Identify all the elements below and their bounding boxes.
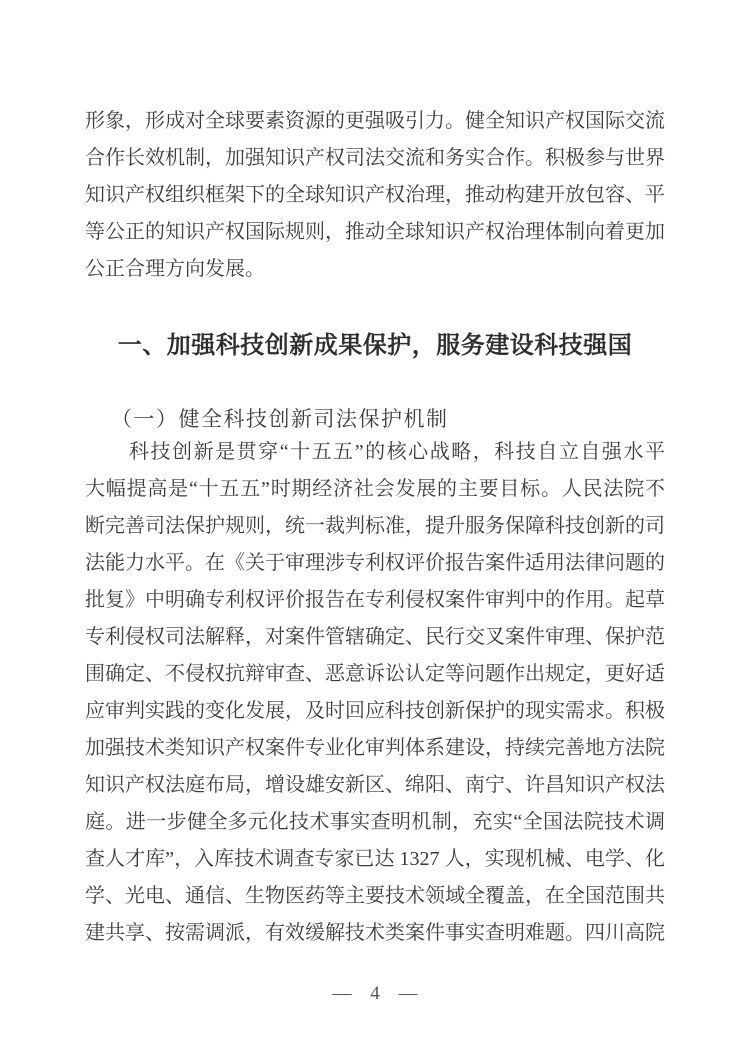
document-line: 建共享、按需调派，有效缓解技术类案件事实查明难题。四川高院 [85,915,665,952]
intro-paragraph: 形象，形成对全球要素资源的更强吸引力。健全知识产权国际交流 合作长效机制，加强知… [85,103,665,288]
document-line: 查人才库”，入库技术调查专家已达 1327 人，实现机械、电学、化 [85,841,665,878]
document-line: 应审判实践的变化发展，及时回应科技创新保护的现实需求。积极 [85,693,665,730]
document-line: 专利侵权司法解释，对案件管辖确定、民行交叉案件审理、保护范 [85,619,665,656]
document-line: 科技创新是贯穿“十五五”的核心战略，科技自立自强水平 [85,434,665,471]
document-line: 批复》中明确专利权评价报告在专利侵权案件审判中的作用。起草 [85,582,665,619]
document-line: 围确定、不侵权抗辩审查、恶意诉讼认定等问题作出规定，更好适 [85,656,665,693]
page-number: — 4 — [0,980,750,1008]
section-heading: 一、加强科技创新成果保护，服务建设科技强国 [0,327,750,364]
document-line: 等公正的知识产权国际规则，推动全球知识产权治理体制向着更加 [85,214,665,251]
document-line: 断完善司法保护规则，统一裁判标准，提升服务保障科技创新的司 [85,508,665,545]
document-line: 学、光电、通信、生物医药等主要技术领域全覆盖，在全国范围共 [85,878,665,915]
subsection-heading: （一）健全科技创新司法保护机制 [85,401,691,438]
document-line: 合作长效机制，加强知识产权司法交流和务实合作。积极参与世界 [85,140,665,177]
document-line: 法能力水平。在《关于审理涉专利权评价报告案件适用法律问题的 [85,545,665,582]
document-line: 知识产权组织框架下的全球知识产权治理，推动构建开放包容、平 [85,177,665,214]
document-line: 庭。进一步健全多元化技术事实查明机制，充实“全国法院技术调 [85,804,665,841]
document-line: 大幅提高是“十五五”时期经济社会发展的主要目标。人民法院不 [85,471,665,508]
document-line: 加强技术类知识产权案件专业化审判体系建设，持续完善地方法院 [85,730,665,767]
document-line: 知识产权法庭布局，增设雄安新区、绵阳、南宁、许昌知识产权法 [85,767,665,804]
document-line: 公正合理方向发展。 [85,251,665,288]
document-page: 形象，形成对全球要素资源的更强吸引力。健全知识产权国际交流 合作长效机制，加强知… [0,0,750,1059]
body-paragraph: 科技创新是贯穿“十五五”的核心战略，科技自立自强水平 大幅提高是“十五五”时期经… [85,434,665,952]
document-line: 形象，形成对全球要素资源的更强吸引力。健全知识产权国际交流 [85,103,665,140]
